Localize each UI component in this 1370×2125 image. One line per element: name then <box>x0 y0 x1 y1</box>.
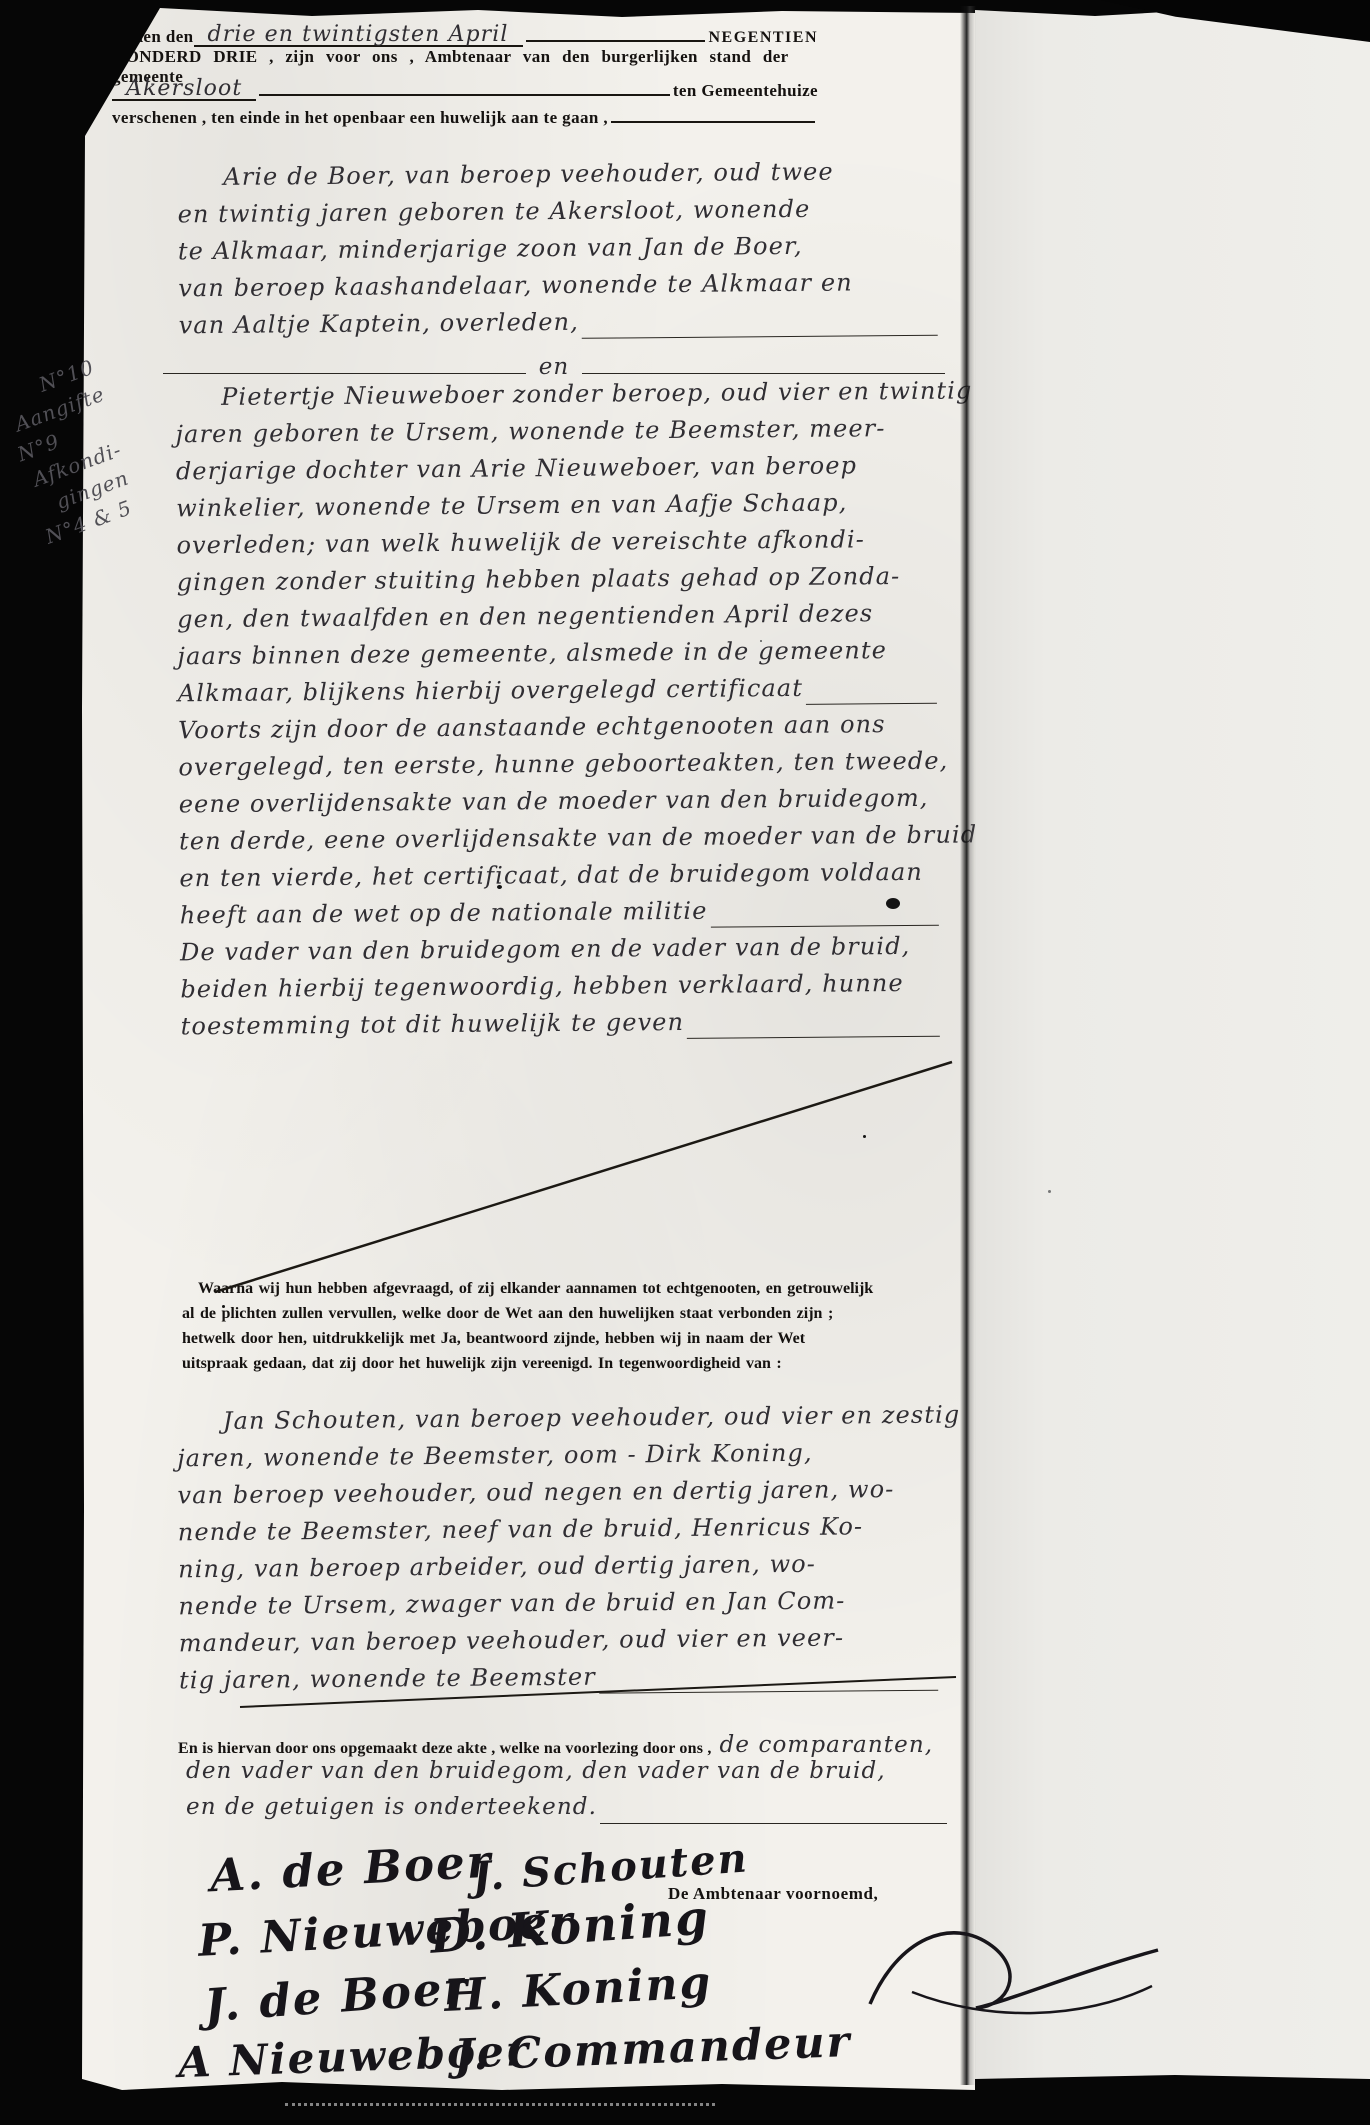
printed-line: al de plichten zullen vervullen, welke d… <box>182 1301 900 1326</box>
handwritten-line-with-rule: tig jaren, wonende te Beemster <box>179 1660 941 1704</box>
bride-and-formalities-paragraph: Pietertje Nieuweboer zonder beroep, oud … <box>175 377 943 1050</box>
handwritten-line-with-rule: van Aaltje Kaptein, overleden, <box>178 305 940 349</box>
witnesses-paragraph: Jan Schouten, van beroep veehouder, oud … <box>177 1401 942 1704</box>
filler-rule <box>806 703 937 705</box>
printed-vows-paragraph: Waarna wij hun hebben afgevraagd, of zij… <box>182 1276 900 1376</box>
handwritten-text: de comparanten, <box>712 1732 934 1758</box>
printed-line: Waarna wij hun hebben afgevraagd, of zij… <box>182 1276 900 1301</box>
header-line-4: verschenen , ten einde in het openbaar e… <box>112 101 818 128</box>
groom-paragraph: Arie de Boer, van beroep veehouder, oud … <box>177 157 941 349</box>
filler-rule <box>599 1690 938 1694</box>
handwritten-line: den vader van den bruidegom, den vader v… <box>178 1758 950 1794</box>
filler-rule <box>711 925 939 928</box>
page-fold-shadow <box>960 6 976 2085</box>
printed-year-word: NEGENTIEN <box>708 29 818 47</box>
header-line-1: Heden den drie en twintigsten April NEGE… <box>112 20 818 47</box>
ink-speck <box>497 885 502 889</box>
ink-speck <box>863 1135 866 1138</box>
handwritten-line: heeft aan de wet op de nationale militie <box>180 897 708 939</box>
divider-word: en <box>529 354 580 380</box>
ink-speck <box>1048 1190 1051 1193</box>
adjacent-page <box>975 6 1370 2085</box>
header-line-3: Akersloot ten Gemeentehuize <box>112 74 818 101</box>
en-divider: en <box>160 346 948 380</box>
filler-rule <box>582 373 945 374</box>
official-label: De Ambtenaar voornoemd, <box>668 1884 878 1904</box>
header-block: Heden den drie en twintigsten April NEGE… <box>112 20 818 128</box>
handwritten-line-with-rule: toestemming tot dit huwelijk te geven <box>181 1006 943 1050</box>
filler-rule <box>259 94 670 96</box>
printed-line: uitspraak gedaan, dat zij door het huwel… <box>182 1351 900 1376</box>
signature-father-groom: J. de Boer <box>202 1961 470 2032</box>
printed-line: hetwelk door hen, uitdrukkelijk met Ja, … <box>182 1326 900 1351</box>
ink-stain <box>886 898 900 909</box>
signature-groom: A. de Boer <box>209 1835 494 1903</box>
scanned-marriage-record: Heden den drie en twintigsten April NEGE… <box>0 0 1370 2125</box>
filler-rule <box>526 40 706 42</box>
handwritten-line: toestemming tot dit huwelijk te geven <box>181 1008 685 1049</box>
filler-rule <box>611 121 815 123</box>
closing-line-1: En is hiervan door ons opgemaakt deze ak… <box>178 1726 950 1758</box>
signature-witness-h-koning: H. Koning <box>443 1957 714 2022</box>
filler-rule <box>582 335 938 339</box>
handwritten-line: en de getuigen is onderteekend. <box>178 1794 597 1830</box>
handwritten-line: van Aaltje Kaptein, overleden, <box>178 308 579 348</box>
filler-rule <box>163 373 526 374</box>
filler-rule <box>687 1036 940 1039</box>
ink-speck <box>697 1868 700 1871</box>
handwritten-municipality: Akersloot <box>112 79 256 101</box>
handwritten-line-with-rule: en de getuigen is onderteekend. <box>178 1794 950 1830</box>
handwritten-line: tig jaren, wonende te Beemster <box>179 1663 596 1704</box>
handwritten-date: drie en twintigsten April <box>194 25 523 47</box>
scan-edge-dots <box>285 2103 715 2106</box>
record-page: Heden den drie en twintigsten April NEGE… <box>82 8 975 2090</box>
ink-speck <box>222 1305 225 1308</box>
printed-text: ten Gemeentehuize <box>673 81 818 101</box>
filler-rule <box>600 1823 947 1824</box>
header-line-2: HONDERD DRIE , zijn voor ons , Ambtenaar… <box>112 47 818 74</box>
ink-speck <box>760 640 762 642</box>
printed-text: Heden den <box>112 27 194 47</box>
handwritten-line: Alkmaar, blijkens hierbij overgelegd cer… <box>178 674 804 716</box>
closing-clause: En is hiervan door ons opgemaakt deze ak… <box>178 1726 950 1830</box>
printed-text: verschenen , ten einde in het openbaar e… <box>112 108 608 128</box>
printed-text: En is hiervan door ons opgemaakt deze ak… <box>178 1740 712 1758</box>
